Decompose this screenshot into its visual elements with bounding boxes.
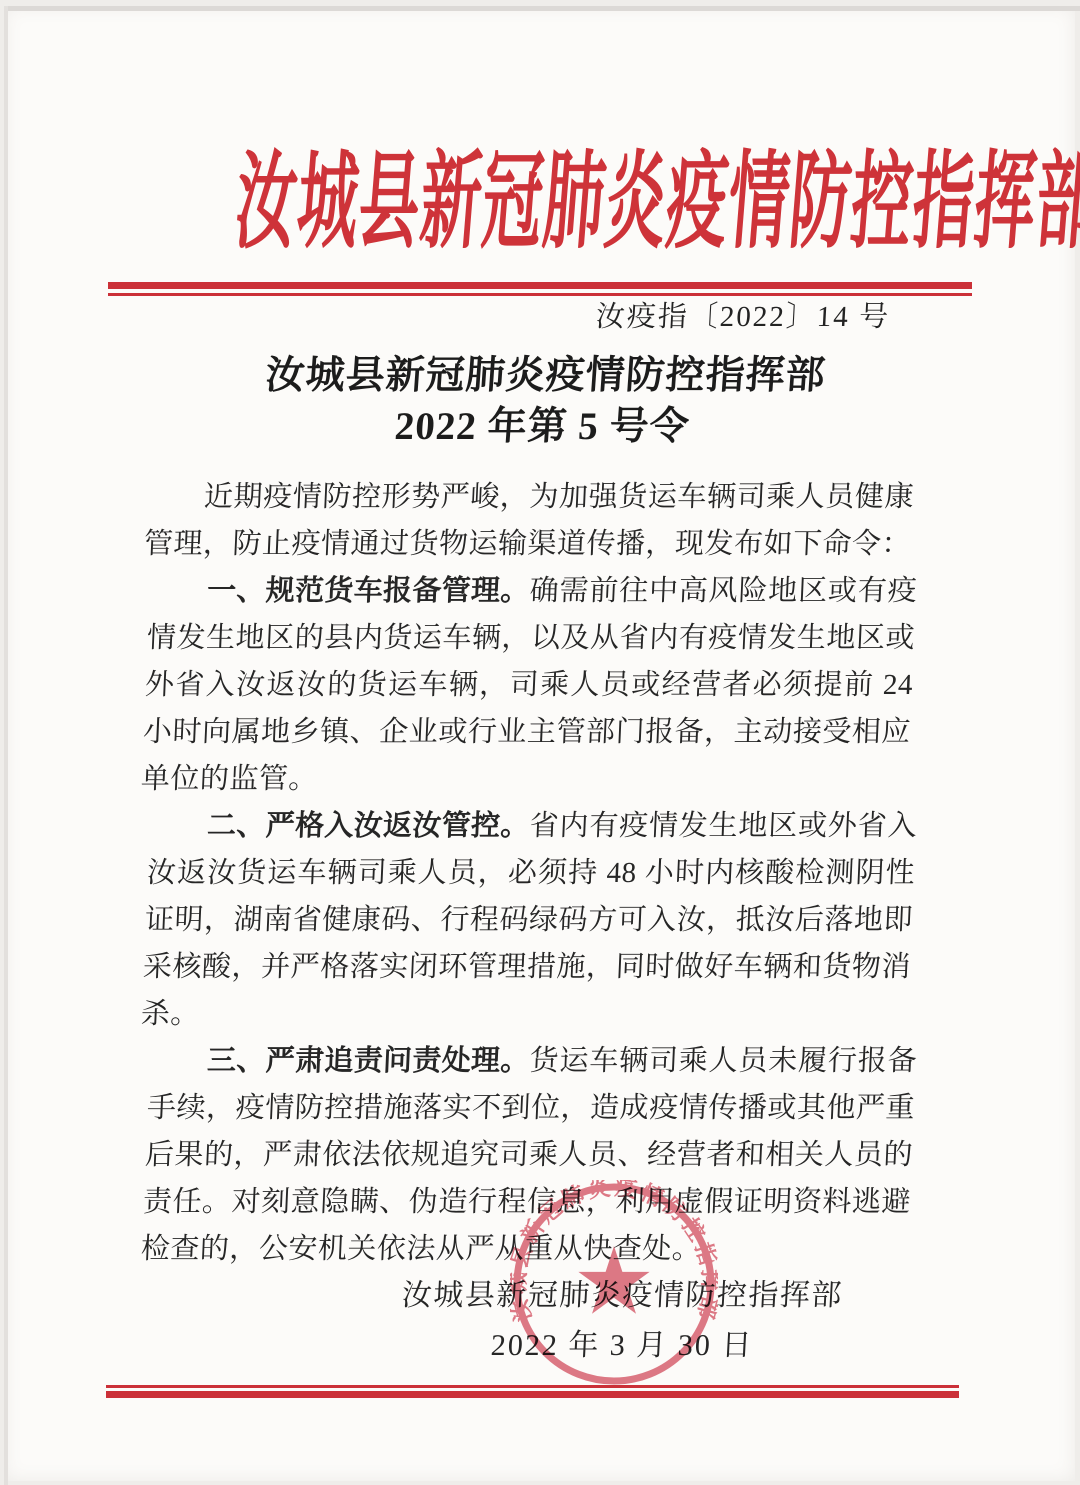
paragraph-item-1-heading: 一、规范货车报备管理。 <box>206 575 530 607</box>
paragraph-item-2-text: 省内有疫情发生地区或外省入汝返汝货运车辆司乘人员，必须持 48 小时内核酸检测阴… <box>140 810 918 1030</box>
document-title-line2: 2022 年第 5 号令 <box>0 401 1080 452</box>
paragraph-intro-text: 近期疫情防控形势严峻，为加强货运车辆司乘人员健康管理，防止疫情通过货物运输渠道传… <box>143 481 914 560</box>
header-rule-thick <box>108 282 972 289</box>
document-title: 汝城县新冠肺炎疫情防控指挥部 2022 年第 5 号令 <box>0 350 1080 452</box>
scanned-document: { "document": { "letterhead": "汝城县新冠肺炎疫情… <box>0 0 1080 1485</box>
paragraph-item-1-text: 确需前往中高风险地区或有疫情发生地区的县内货运车辆，以及从省内有疫情发生地区或外… <box>140 575 918 795</box>
document-page: 汝城县新冠肺炎疫情防控指挥部 汝疫指〔2022〕14 号 汝城县新冠肺炎疫情防控… <box>4 6 1075 1481</box>
official-seal-graphic: 汝城县新冠肺炎疫情防控指挥部 <box>510 1180 718 1388</box>
official-seal: 汝城县新冠肺炎疫情防控指挥部 <box>510 1180 718 1388</box>
paragraph-intro: 近期疫情防控形势严峻，为加强货运车辆司乘人员健康管理，防止疫情通过货物运输渠道传… <box>143 474 915 568</box>
document-title-line1: 汝城县新冠肺炎疫情防控指挥部 <box>4 350 1080 401</box>
scan-edge-left <box>4 6 8 1485</box>
paragraph-item-2-heading: 二、严格入汝返汝管控。 <box>206 810 530 842</box>
scan-edge-top <box>4 6 1080 11</box>
letterhead-title: 汝城县新冠肺炎疫情防控指挥部 <box>231 134 858 272</box>
paragraph-item-1: 一、规范货车报备管理。确需前往中高风险地区或有疫情发生地区的县内货运车辆，以及从… <box>140 568 918 803</box>
paragraph-item-2: 二、严格入汝返汝管控。省内有疫情发生地区或外省入汝返汝货运车辆司乘人员，必须持 … <box>140 803 918 1038</box>
star-icon <box>578 1246 649 1314</box>
document-body: 近期疫情防控形势严峻，为加强货运车辆司乘人员健康管理，防止疫情通过货物运输渠道传… <box>145 474 913 1273</box>
paragraph-item-3-heading: 三、严肃追责问责处理。 <box>206 1045 530 1077</box>
document-number: 汝疫指〔2022〕14 号 <box>595 294 891 335</box>
footer-rule-thick <box>106 1391 959 1398</box>
